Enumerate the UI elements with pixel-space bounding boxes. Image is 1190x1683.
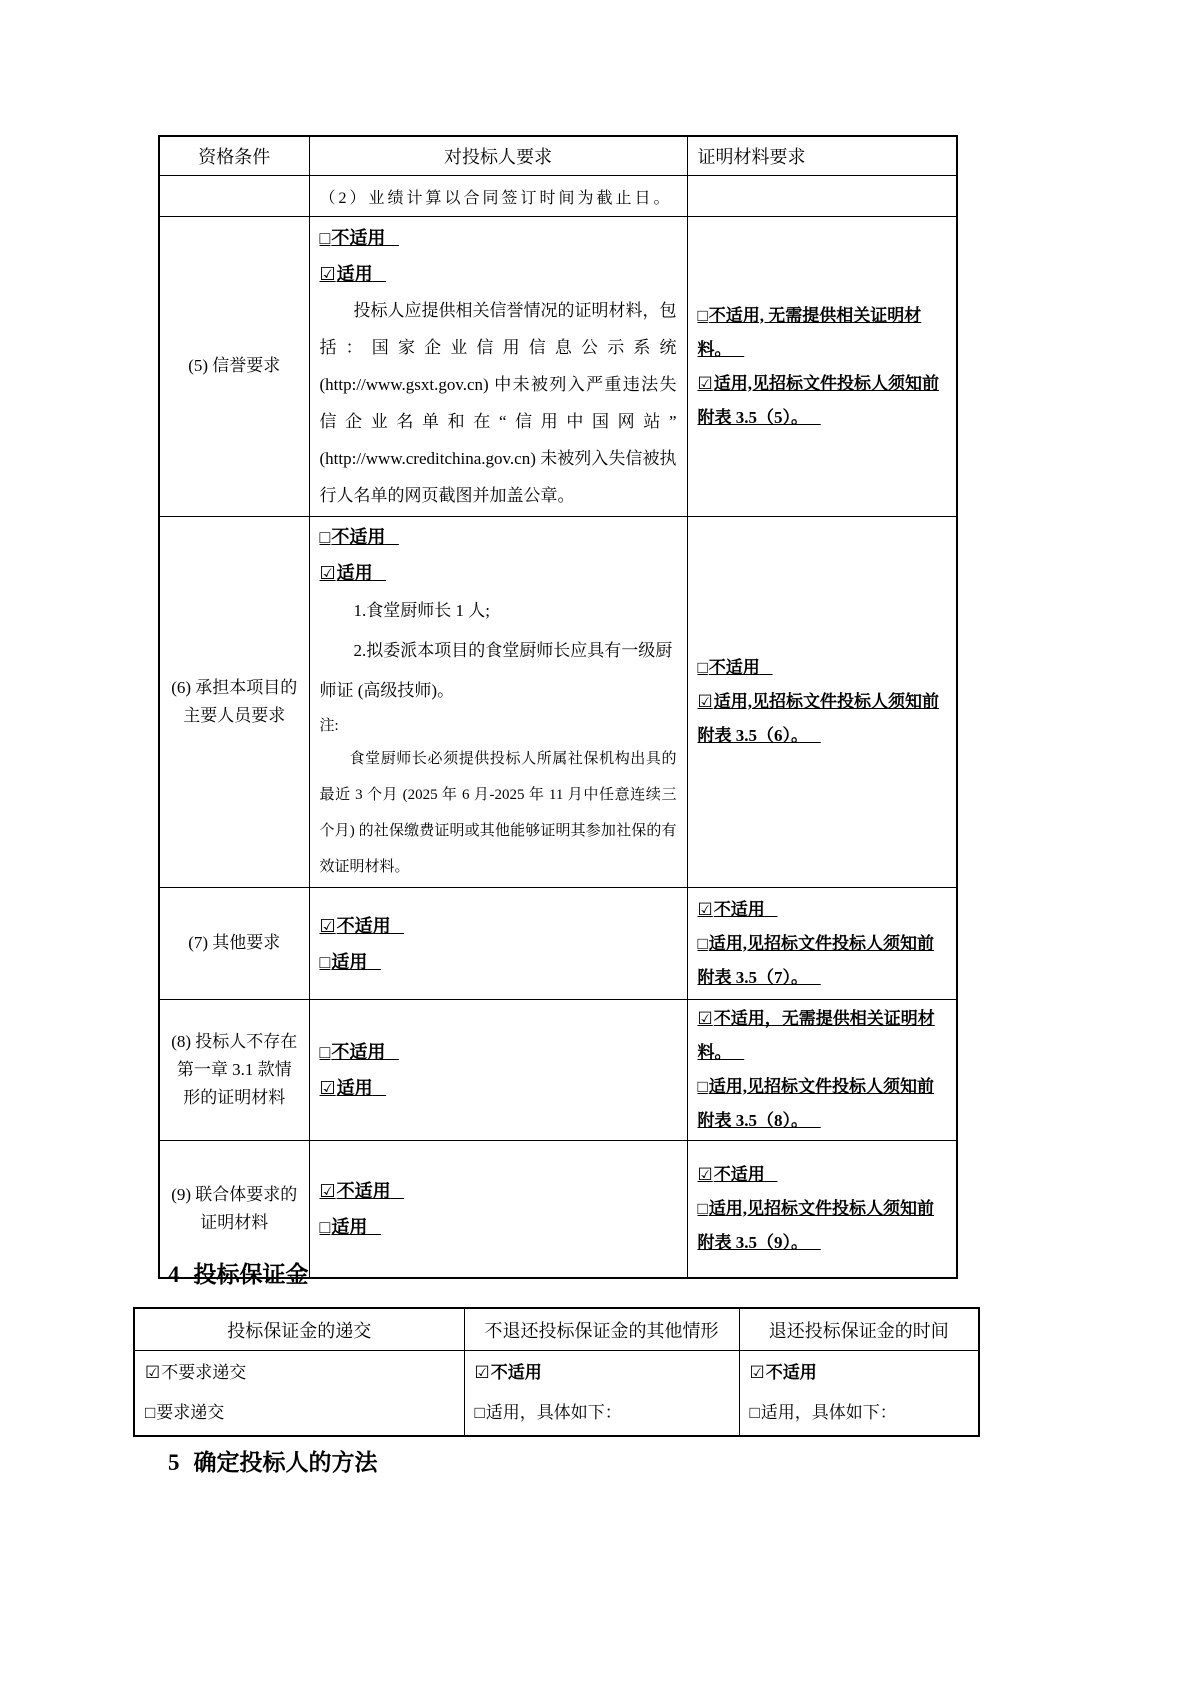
requirement-cell-5: □不适用 ☑适用 投标人应提供相关信誉情况的证明材料，包括：国家企业信用信息公示… [309,217,687,517]
option-applicable: □适用 [320,1209,677,1245]
checkbox-checked-icon: ☑ [320,1181,336,1201]
qualification-table: 资格条件 对投标人要求 证明材料要求 （2）业绩计算以合同签订时间为截止日。 (… [158,135,958,1279]
requirement-cell-7: ☑不适用 □适用 [309,888,687,1000]
evidence-option-label: 不适用 [714,1165,765,1184]
checkbox-unchecked-icon: □ [698,306,708,325]
personnel-item-2: 2.拟委派本项目的食堂厨师长应具有一级厨师证 (高级技师)。 [320,631,677,711]
checkbox-unchecked-icon: □ [750,1403,760,1422]
section-number: 5 [168,1450,180,1475]
evidence-option-label: 适用,见招标文件投标人须知前附表 3.5（6）。 [698,692,940,745]
performance-note-cell: （2）业绩计算以合同签订时间为截止日。 [309,176,687,217]
table-body-row: ☑不要求递交 □要求递交 ☑不适用 □适用，具体如下： ☑不适用 □适用，具体如… [134,1351,979,1437]
evidence-option-label: 不适用，无需提供相关证明材料。 [698,1009,935,1062]
option-label: 不适用 [337,916,391,936]
deposit-submission-cell: ☑不要求递交 □要求递交 [134,1351,464,1437]
condition-cell-5: (5) 信誉要求 [159,217,309,517]
checkbox-checked-icon: ☑ [320,916,336,936]
option-label: 适用，具体如下： [761,1403,897,1422]
option-label: 适用，具体如下： [486,1403,622,1422]
header-evidence-requirement: 证明材料要求 [687,136,957,176]
checkbox-unchecked-icon: □ [698,934,708,953]
evidence-cell-8: ☑不适用，无需提供相关证明材料。 □适用,见招标文件投标人须知前附表 3.5（8… [687,1000,957,1141]
condition-cell-6: (6) 承担本项目的主要人员要求 [159,517,309,888]
empty-cell [159,176,309,217]
header-qualification-condition: 资格条件 [159,136,309,176]
deposit-refund-time-cell: ☑不适用 □适用，具体如下： [739,1351,979,1437]
requirement-cell-9: ☑不适用 □适用 [309,1141,687,1278]
option-label: 要求递交 [156,1403,224,1422]
header-deposit-submission: 投标保证金的递交 [134,1308,464,1351]
note-label: 注: [320,711,677,741]
evidence-option-not-applicable: ☑不适用 [698,893,947,927]
evidence-option-not-applicable: ☑不适用 [698,1158,947,1192]
document-page: 资格条件 对投标人要求 证明材料要求 （2）业绩计算以合同签订时间为截止日。 (… [0,0,1190,1683]
checkbox-unchecked-icon: □ [320,1042,331,1062]
reputation-requirement-text: 投标人应提供相关信誉情况的证明材料，包括：国家企业信用信息公示系统 (http:… [320,292,677,514]
evidence-cell-5: □不适用, 无需提供相关证明材料。 ☑适用,见招标文件投标人须知前附表 3.5（… [687,217,957,517]
option-label: 不要求递交 [161,1363,246,1382]
checkbox-checked-icon: ☑ [698,1165,713,1184]
evidence-option-label: 适用,见招标文件投标人须知前附表 3.5（8）。 [698,1077,935,1130]
checkbox-checked-icon: ☑ [698,692,713,711]
option-not-applicable: □不适用 [320,220,677,256]
option-label: 不适用 [337,1181,391,1201]
table-header-row: 资格条件 对投标人要求 证明材料要求 [159,136,957,176]
checkbox-checked-icon: ☑ [698,900,713,919]
option-label: 不适用 [331,228,385,248]
checkbox-unchecked-icon: □ [320,952,331,972]
header-bidder-requirement: 对投标人要求 [309,136,687,176]
checkbox-unchecked-icon: □ [320,228,331,248]
condition-label-8: (8) 投标人不存在第一章 3.1 款情形的证明材料 [170,1028,299,1112]
option-applicable: □适用 [320,944,677,980]
evidence-option-label: 适用,见招标文件投标人须知前附表 3.5（7）。 [698,934,935,987]
condition-label-9: (9) 联合体要求的证明材料 [170,1181,299,1237]
checkbox-checked-icon: ☑ [320,563,336,583]
checkbox-unchecked-icon: □ [698,658,708,677]
option-label: 适用 [337,1078,373,1098]
section-number: 4 [168,1262,180,1287]
table-row-5-reputation: (5) 信誉要求 □不适用 ☑适用 投标人应提供相关信誉情况的证明材料，包括：国… [159,217,957,517]
option-no-submission-required: ☑不要求递交 [145,1353,454,1393]
option-label: 不适用 [491,1363,542,1382]
evidence-option-label: 不适用 [709,658,760,677]
checkbox-unchecked-icon: □ [320,527,331,547]
note-text: 食堂厨师长必须提供投标人所属社保机构出具的最近 3 个月 (2025 年 6 月… [320,741,677,885]
option-not-applicable: ☑不适用 [320,1173,677,1209]
evidence-option-applicable: ☑适用,见招标文件投标人须知前附表 3.5（5）。 [698,367,947,435]
checkbox-checked-icon: ☑ [750,1363,765,1382]
table-header-row: 投标保证金的递交 不退还投标保证金的其他情形 退还投标保证金的时间 [134,1308,979,1351]
checkbox-checked-icon: ☑ [698,374,713,393]
requirement-cell-8: □不适用 ☑适用 [309,1000,687,1141]
requirement-cell-6: □不适用 ☑适用 1.食堂厨师长 1 人; 2.拟委派本项目的食堂厨师长应具有一… [309,517,687,888]
option-applicable-details: □适用，具体如下： [750,1393,969,1433]
section-5-heading: 5确定投标人的方法 [168,1448,378,1478]
checkbox-checked-icon: ☑ [320,264,336,284]
evidence-option-applicable: ☑适用,见招标文件投标人须知前附表 3.5（6）。 [698,685,947,753]
checkbox-unchecked-icon: □ [145,1403,155,1422]
evidence-option-applicable: □适用,见招标文件投标人须知前附表 3.5（8）。 [698,1070,947,1138]
option-not-applicable: □不适用 [320,519,677,555]
section-title: 确定投标人的方法 [194,1450,378,1475]
table-row-6-key-personnel: (6) 承担本项目的主要人员要求 □不适用 ☑适用 1.食堂厨师长 1 人; 2… [159,517,957,888]
condition-cell-9: (9) 联合体要求的证明材料 [159,1141,309,1278]
empty-cell [687,176,957,217]
option-label: 适用 [331,952,367,972]
option-submission-required: □要求递交 [145,1393,454,1433]
condition-label-5: (5) 信誉要求 [170,352,299,380]
table-row-8-no-situations: (8) 投标人不存在第一章 3.1 款情形的证明材料 □不适用 ☑适用 ☑不适用… [159,1000,957,1141]
condition-cell-8: (8) 投标人不存在第一章 3.1 款情形的证明材料 [159,1000,309,1141]
option-not-applicable: □不适用 [320,1034,677,1070]
condition-cell-7: (7) 其他要求 [159,888,309,1000]
checkbox-checked-icon: ☑ [698,1009,713,1028]
option-not-applicable: ☑不适用 [475,1353,729,1393]
checkbox-checked-icon: ☑ [145,1363,160,1382]
section-title: 投标保证金 [194,1262,309,1287]
checkbox-checked-icon: ☑ [475,1363,490,1382]
option-label: 不适用 [766,1363,817,1382]
table-row-performance-note: （2）业绩计算以合同签订时间为截止日。 [159,176,957,217]
table-row-7-other: (7) 其他要求 ☑不适用 □适用 ☑不适用 □适用,见招标文件投标人须知前附表… [159,888,957,1000]
evidence-option-applicable: □适用,见招标文件投标人须知前附表 3.5（9）。 [698,1192,947,1260]
option-label: 不适用 [331,527,385,547]
condition-label-7: (7) 其他要求 [170,929,299,957]
evidence-cell-7: ☑不适用 □适用,见招标文件投标人须知前附表 3.5（7）。 [687,888,957,1000]
checkbox-unchecked-icon: □ [475,1403,485,1422]
option-label: 不适用 [331,1042,385,1062]
evidence-cell-6: □不适用 ☑适用,见招标文件投标人须知前附表 3.5（6）。 [687,517,957,888]
option-applicable: ☑适用 [320,1070,677,1106]
checkbox-unchecked-icon: □ [698,1077,708,1096]
performance-note-text: （2）业绩计算以合同签订时间为截止日。 [320,190,673,207]
condition-label-6: (6) 承担本项目的主要人员要求 [170,674,299,730]
option-label: 适用 [337,563,373,583]
table-row-9-consortium: (9) 联合体要求的证明材料 ☑不适用 □适用 ☑不适用 □适用,见招标文件投标… [159,1141,957,1278]
bid-deposit-table: 投标保证金的递交 不退还投标保证金的其他情形 退还投标保证金的时间 ☑不要求递交… [133,1307,980,1437]
evidence-option-not-applicable: □不适用 [698,651,947,685]
option-label: 适用 [337,264,373,284]
evidence-option-label: 适用,见招标文件投标人须知前附表 3.5（5）。 [698,374,940,427]
checkbox-unchecked-icon: □ [320,1217,331,1237]
option-applicable: ☑适用 [320,256,677,292]
evidence-option-label: 不适用, 无需提供相关证明材料。 [698,306,922,359]
evidence-cell-9: ☑不适用 □适用,见招标文件投标人须知前附表 3.5（9）。 [687,1141,957,1278]
header-deposit-refund-time: 退还投标保证金的时间 [739,1308,979,1351]
checkbox-checked-icon: ☑ [320,1078,336,1098]
section-4-heading: 4投标保证金 [168,1260,309,1290]
deposit-non-refund-cell: ☑不适用 □适用，具体如下： [464,1351,739,1437]
option-applicable-details: □适用，具体如下： [475,1393,729,1433]
option-not-applicable: ☑不适用 [750,1353,969,1393]
option-not-applicable: ☑不适用 [320,908,677,944]
evidence-option-applicable: □适用,见招标文件投标人须知前附表 3.5（7）。 [698,927,947,995]
header-deposit-non-refund: 不退还投标保证金的其他情形 [464,1308,739,1351]
option-label: 适用 [331,1217,367,1237]
option-applicable: ☑适用 [320,555,677,591]
evidence-option-not-applicable: ☑不适用，无需提供相关证明材料。 [698,1002,947,1070]
checkbox-unchecked-icon: □ [698,1199,708,1218]
personnel-item-1: 1.食堂厨师长 1 人; [320,591,677,631]
evidence-option-label: 不适用 [714,900,765,919]
evidence-option-not-applicable: □不适用, 无需提供相关证明材料。 [698,299,947,367]
evidence-option-label: 适用,见招标文件投标人须知前附表 3.5（9）。 [698,1199,935,1252]
